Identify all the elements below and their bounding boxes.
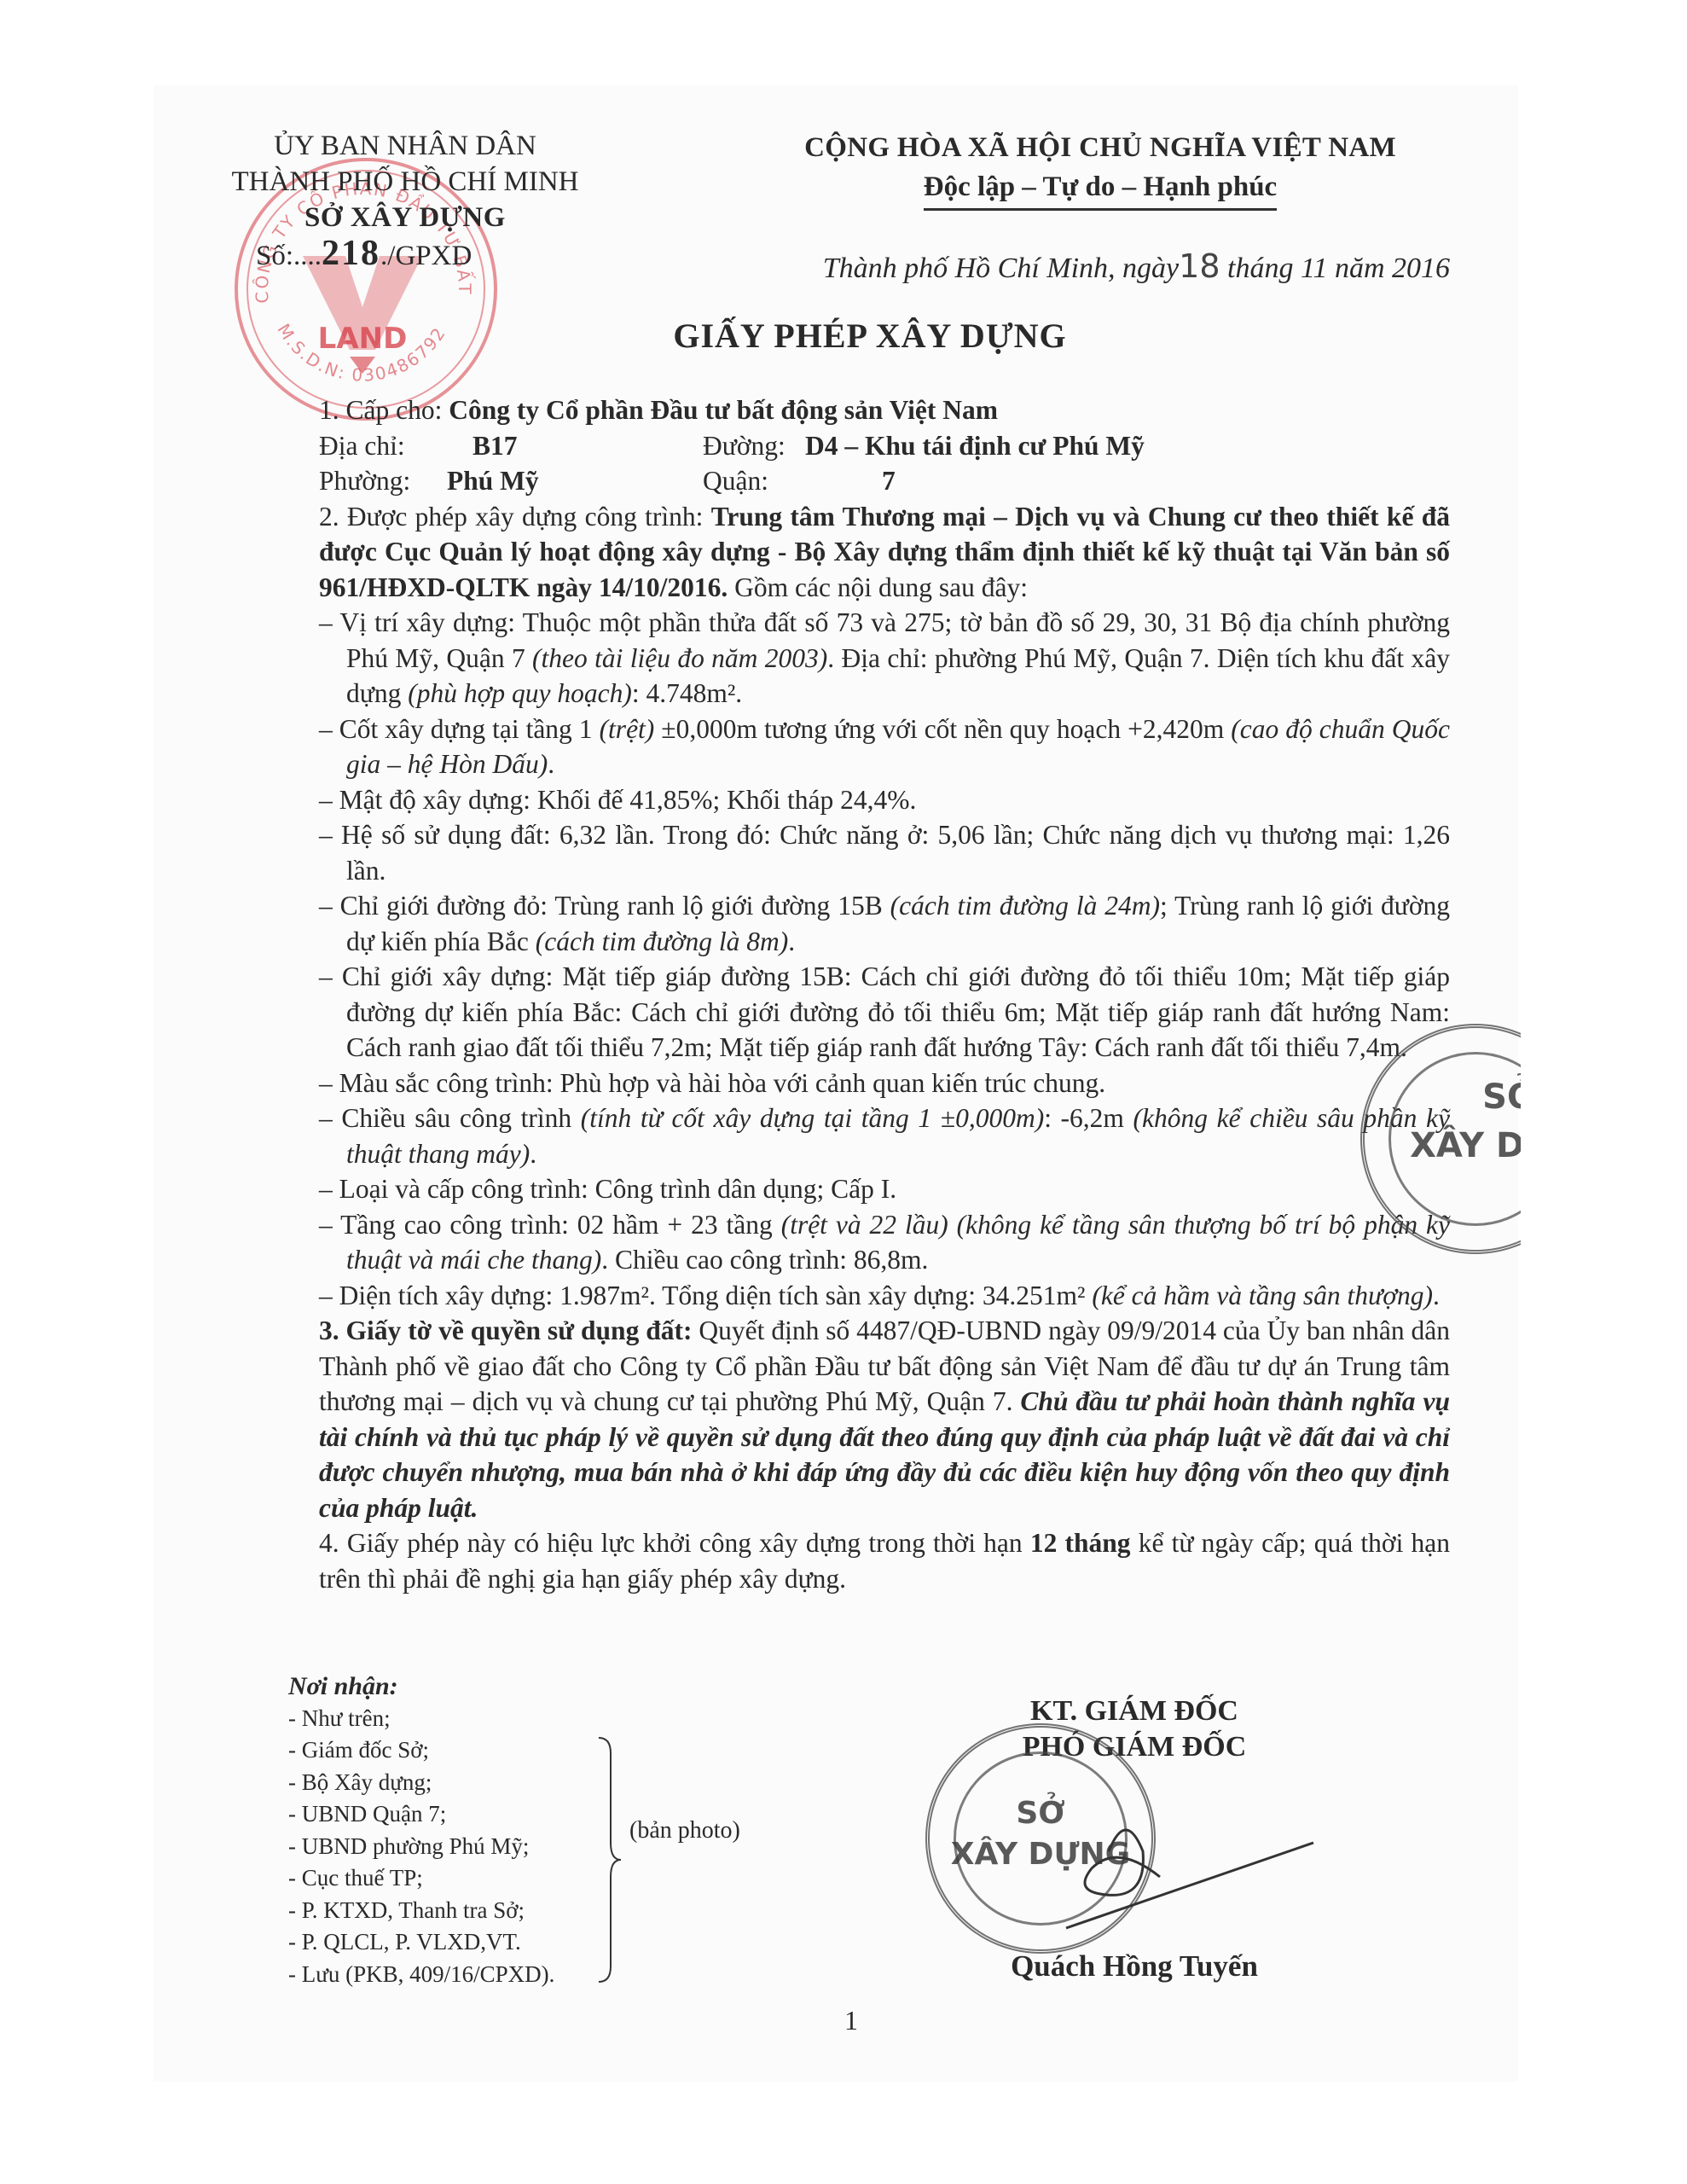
permit-item: – Diện tích xây dựng: 1.987m². Tổng diện… — [319, 1278, 1450, 1314]
recipient-item: - Bộ Xây dựng; — [288, 1767, 766, 1799]
nation-title: CỘNG HÒA XÃ HỘI CHỦ NGHĨA VIỆT NAM — [733, 128, 1467, 167]
signature-scribble — [1049, 1809, 1322, 1937]
right-brace-icon — [597, 1736, 623, 1984]
permit-item: – Vị trí xây dựng: Thuộc một phần thửa đ… — [319, 605, 1450, 712]
permit-item: – Tầng cao công trình: 02 hầm + 23 tầng … — [319, 1207, 1450, 1278]
recipient-item: - Giám đốc Sở; — [288, 1734, 766, 1767]
permit-item: – Hệ số sử dụng đất: 6,32 lần. Trong đó:… — [319, 817, 1450, 888]
recipient-item: - P. QLCL, P. VLXD,VT. — [288, 1926, 766, 1959]
recipient-item: - Như trên; — [288, 1703, 766, 1735]
recipient-item: - Cục thuế TP; — [288, 1862, 766, 1895]
page-number: 1 — [844, 2005, 858, 2036]
national-motto: Độc lập – Tự do – Hạnh phúc — [924, 167, 1277, 211]
signer-name: Quách Hồng Tuyến — [938, 1949, 1330, 1984]
permit-item: – Màu sắc công trình: Phù hợp và hài hòa… — [319, 1066, 1450, 1101]
permit-items: – Vị trí xây dựng: Thuộc một phần thửa đ… — [319, 605, 1450, 1313]
section-2: 2. Được phép xây dựng công trình: Trung … — [319, 499, 1450, 606]
permit-item: – Chiều sâu công trình (tính từ cốt xây … — [319, 1101, 1450, 1171]
official-seal-partial: SỞ XÂY DỰNG — [1360, 1024, 1591, 1254]
permit-body: 1. Cấp cho: Công ty Cổ phần Đầu tư bất đ… — [319, 392, 1450, 1596]
recipient-name: Công ty Cổ phần Đầu tư bất động sản Việt… — [449, 395, 998, 425]
address-row: Địa chỉ: B17 Đường: D4 – Khu tái định cư… — [319, 428, 1450, 464]
document-title: GIẤY PHÉP XÂY DỰNG — [341, 316, 1399, 356]
section-1: 1. Cấp cho: Công ty Cổ phần Đầu tư bất đ… — [319, 392, 1450, 428]
recipient-item: - P. KTXD, Thanh tra Sở; — [288, 1895, 766, 1927]
permit-item: – Chỉ giới đường đỏ: Trùng ranh lộ giới … — [319, 888, 1450, 959]
document-number: Số:....218./GPXD — [213, 235, 597, 274]
national-header: CỘNG HÒA XÃ HỘI CHỦ NGHĨA VIỆT NAM Độc l… — [733, 128, 1467, 211]
ward-row: Phường: Phú Mỹ Quận: 7 — [319, 463, 1450, 499]
permit-number: 218 — [322, 234, 380, 273]
org-line-1: ỦY BAN NHÂN DÂN — [213, 128, 597, 164]
issuing-authority: ỦY BAN NHÂN DÂN THÀNH PHỐ HỒ CHÍ MINH SỞ… — [213, 128, 597, 274]
permit-item: – Chỉ giới xây dựng: Mặt tiếp giáp đường… — [319, 959, 1450, 1066]
permit-item: – Cốt xây dựng tại tầng 1 (trệt) ±0,000m… — [319, 712, 1450, 782]
issue-date: Thành phố Hồ Chí Minh, ngày18 tháng 11 n… — [768, 247, 1450, 285]
org-line-2: THÀNH PHỐ HỒ CHÍ MINH — [213, 164, 597, 200]
permit-item: – Mật độ xây dựng: Khối đế 41,85%; Khối … — [319, 782, 1450, 818]
permit-item: – Loại và cấp công trình: Công trình dân… — [319, 1171, 1450, 1207]
handwritten-day: 18 — [1179, 247, 1220, 285]
copy-note: (bản photo) — [629, 1817, 740, 1844]
section-4: 4. Giấy phép này có hiệu lực khởi công x… — [319, 1525, 1450, 1596]
section-3: 3. Giấy tờ về quyền sử dụng đất: Quyết đ… — [319, 1313, 1450, 1525]
recipients-label: Nơi nhận: — [288, 1670, 766, 1703]
recipient-item: - Lưu (PKB, 409/16/CPXD). — [288, 1959, 766, 1991]
department-name: SỞ XÂY DỰNG — [213, 200, 597, 235]
